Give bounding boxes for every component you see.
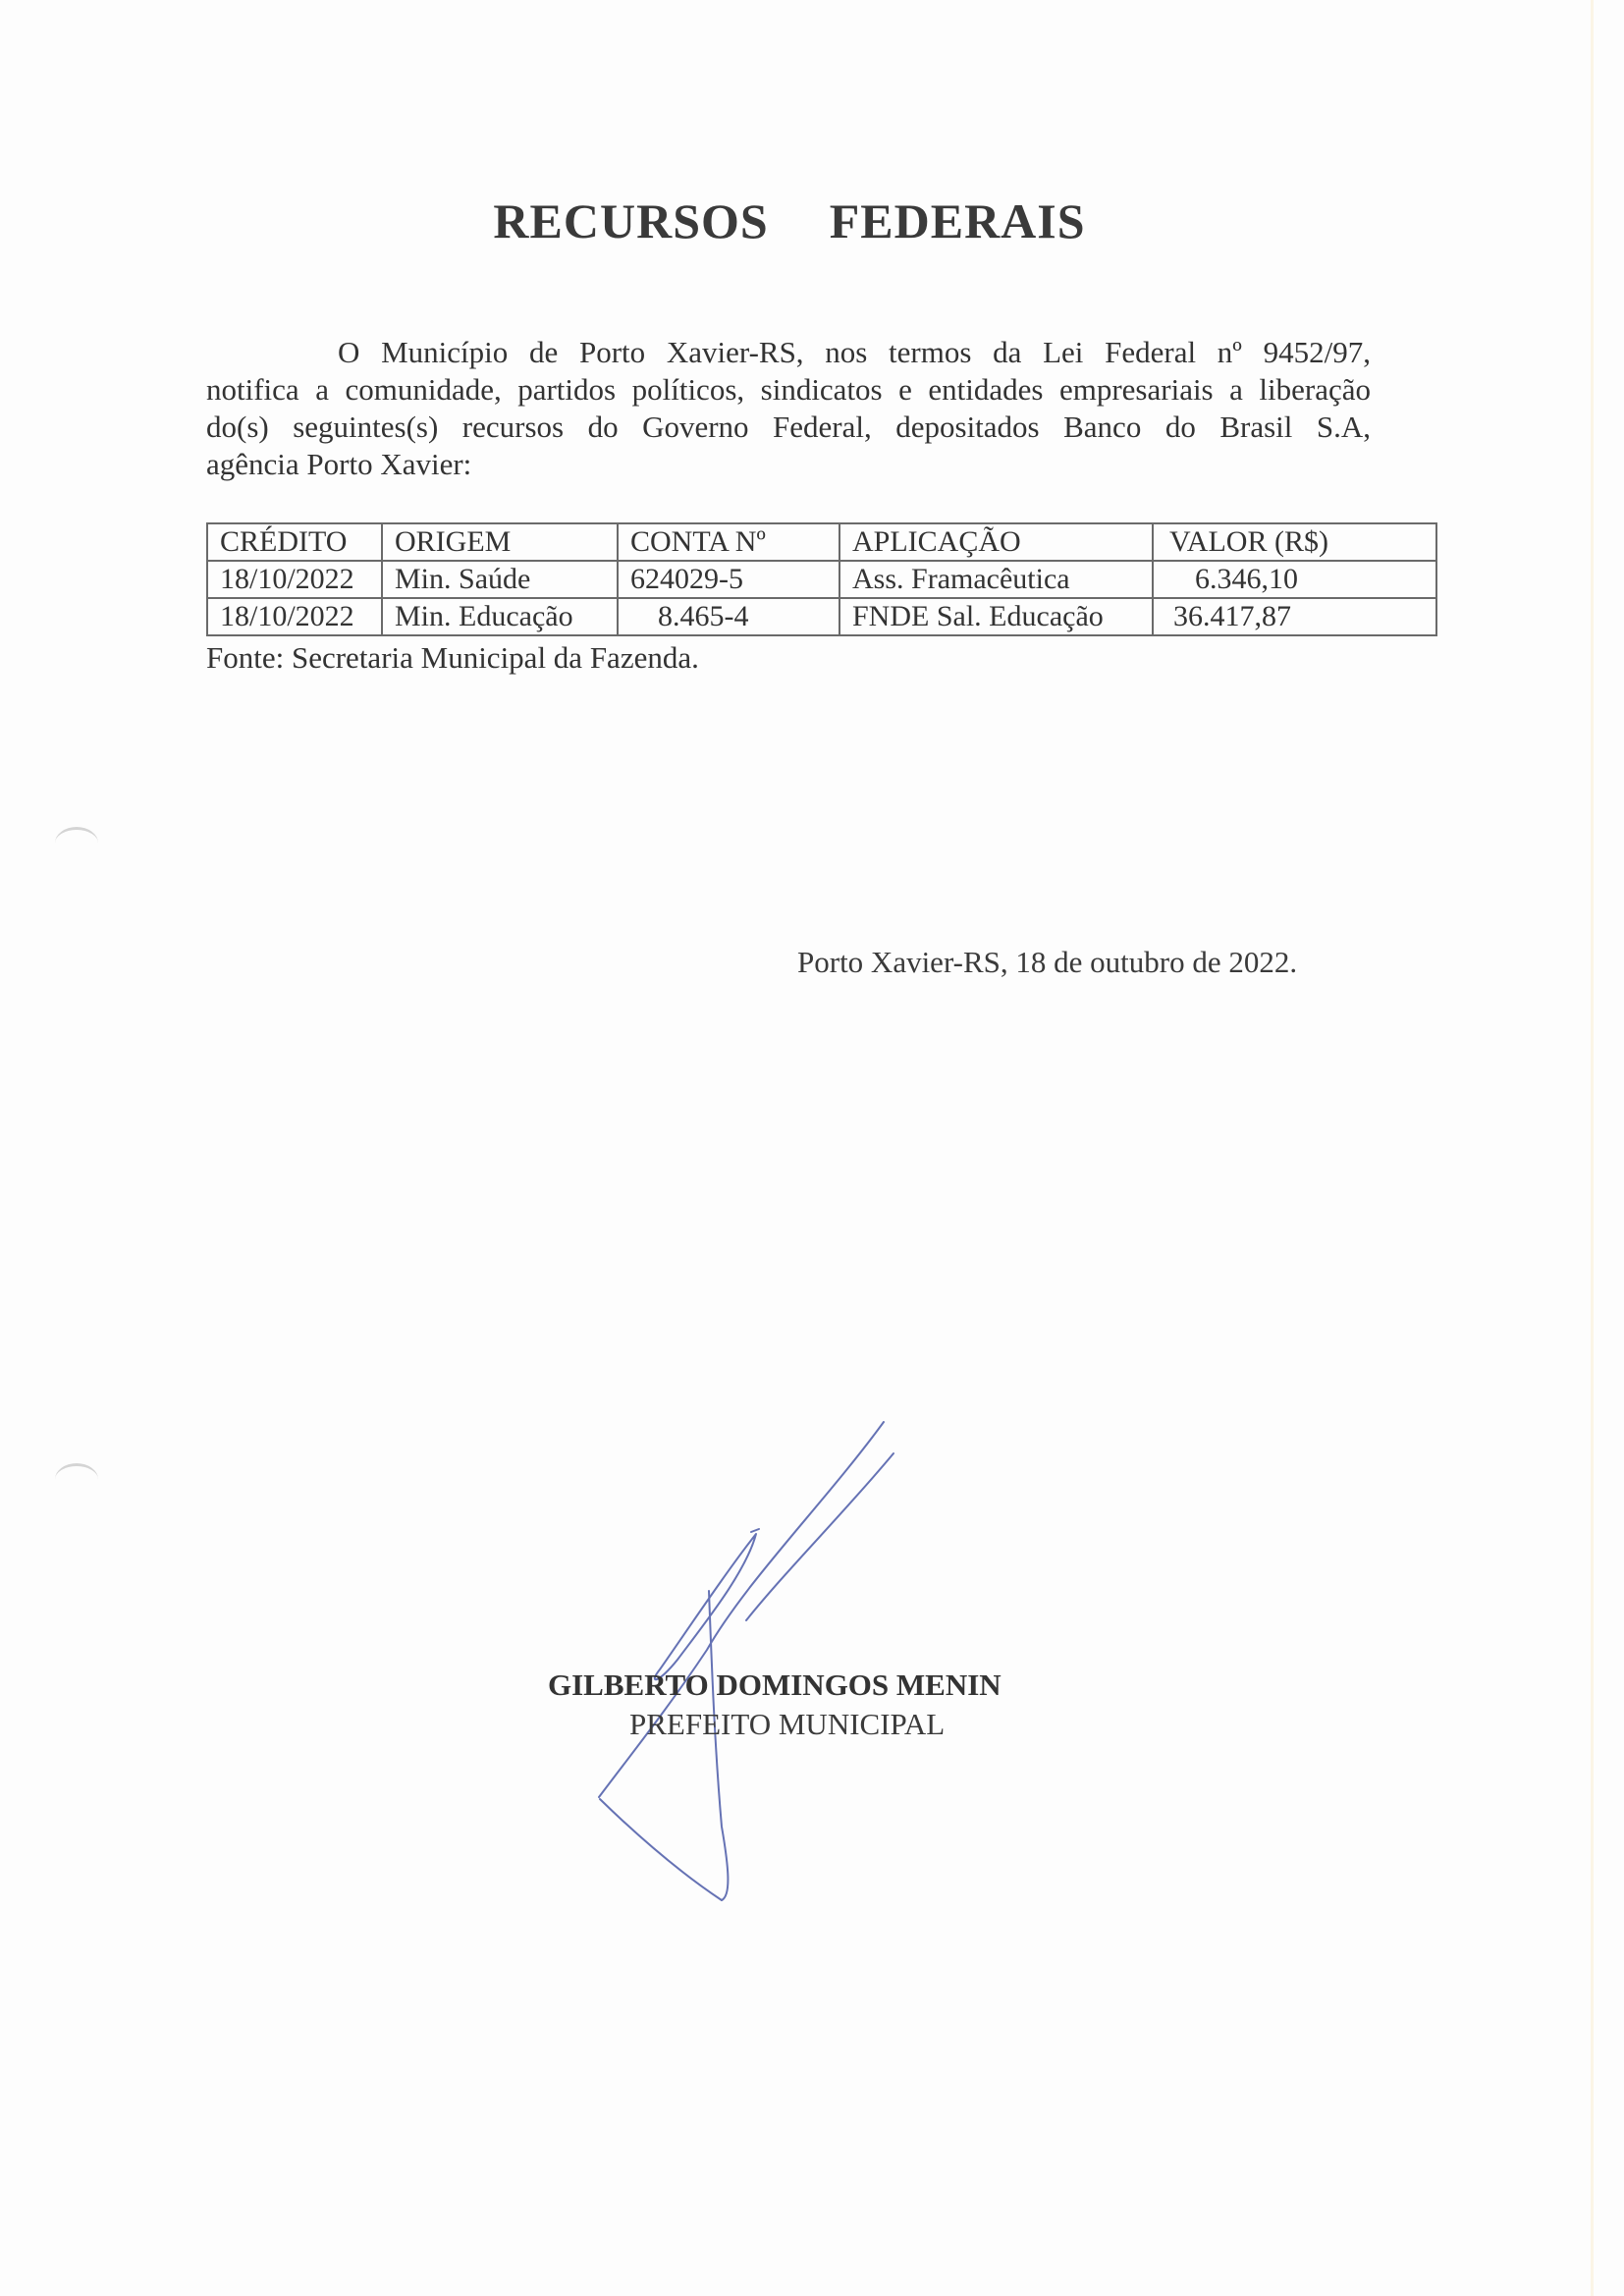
punch-hole-mark [55,1463,98,1496]
cell-valor: 36.417,87 [1153,598,1436,635]
punch-hole-mark [55,827,98,859]
header-aplicacao: APLICAÇÃO [839,523,1153,561]
paragraph-line: notifica a comunidade, partidos político… [206,371,1371,409]
place-and-date: Porto Xavier-RS, 18 de outubro de 2022. [797,945,1297,980]
cell-credito: 18/10/2022 [207,598,382,635]
title-word: RECURSOS [493,192,768,249]
page-edge [1591,0,1594,2296]
cell-aplicacao: FNDE Sal. Educação [839,598,1153,635]
signer-name: GILBERTO DOMINGOS MENIN [548,1667,1001,1703]
header-credito: CRÉDITO [207,523,382,561]
notice-paragraph: O Município de Porto Xavier-RS, nos term… [206,334,1371,483]
cell-aplicacao: Ass. Framacêutica [839,561,1153,598]
cell-credito: 18/10/2022 [207,561,382,598]
cell-conta: 8.465-4 [618,598,839,635]
signer-role: PREFEITO MUNICIPAL [629,1707,945,1742]
header-conta: CONTA Nº [618,523,839,561]
cell-origem: Min. Saúde [382,561,618,598]
table-row: 18/10/2022 Min. Saúde 624029-5 Ass. Fram… [207,561,1436,598]
table-header-row: CRÉDITO ORIGEM CONTA Nº APLICAÇÃO VALOR … [207,523,1436,561]
paragraph-line: agência Porto Xavier: [206,446,1371,483]
cell-conta: 624029-5 [618,561,839,598]
source-note: Fonte: Secretaria Municipal da Fazenda. [206,640,699,676]
header-valor: VALOR (R$) [1153,523,1436,561]
resources-table: CRÉDITO ORIGEM CONTA Nº APLICAÇÃO VALOR … [206,522,1437,636]
cell-valor: 6.346,10 [1153,561,1436,598]
document-title: RECURSOSFEDERAIS [0,192,1579,249]
cell-origem: Min. Educação [382,598,618,635]
header-origem: ORIGEM [382,523,618,561]
paragraph-line: O Município de Porto Xavier-RS, nos term… [206,334,1371,371]
paragraph-line: do(s) seguintes(s) recursos do Governo F… [206,409,1371,446]
table-row: 18/10/2022 Min. Educação 8.465-4 FNDE Sa… [207,598,1436,635]
title-word: FEDERAIS [830,192,1086,249]
